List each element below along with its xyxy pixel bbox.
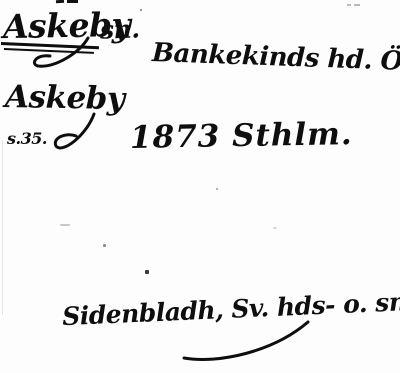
ink-speck xyxy=(273,227,277,229)
ink-speck xyxy=(103,244,106,247)
scanned-archive-card: Askeby sn. Bankekinds hd. Ög.2 Askeby s.… xyxy=(0,0,400,373)
district-text: Bankekinds hd. Ög. xyxy=(152,38,400,78)
pen-flourish xyxy=(52,112,100,160)
heading-parish-abbrev: sn. xyxy=(100,16,140,42)
heading-underline-second xyxy=(4,48,94,54)
scan-noise-mark xyxy=(347,4,351,6)
place-name-repeat: Askeby xyxy=(5,82,125,115)
year-place-line: 1873 Sthlm. xyxy=(130,119,353,154)
cut-off-text-fragment xyxy=(56,0,64,3)
source-citation-line: Sidenbladh, Sv. hds- o. snnamn xyxy=(62,286,400,329)
ink-speck xyxy=(145,270,149,274)
cut-off-text-fragment xyxy=(67,0,78,3)
page-reference: s.35. xyxy=(7,131,47,147)
ink-speck xyxy=(216,188,218,190)
scan-edge-line xyxy=(2,140,3,315)
scan-noise-mark xyxy=(354,4,360,6)
ink-speck xyxy=(60,224,70,226)
ink-speck xyxy=(140,9,142,11)
district-line: Bankekinds hd. Ög.2 xyxy=(152,40,400,76)
